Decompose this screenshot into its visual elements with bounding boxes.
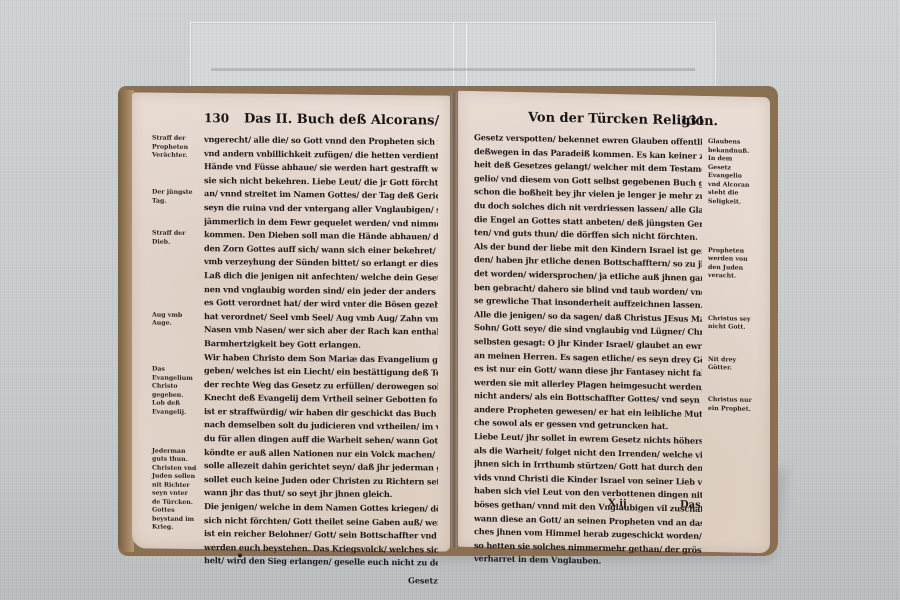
ink-spot [238,553,242,557]
stand-center-fold [453,23,467,95]
margin-note: Straff der Propheten Verächter. [152,135,198,161]
signature-mark: X ij [608,498,627,509]
right-catchword: Das [680,499,701,510]
book-gutter [451,92,457,548]
margin-note: Christus sey nicht Gott. [708,315,754,333]
margin-note: Das Evangelium Christo gegeben. Lob deß … [152,366,198,417]
margin-note: Glaubens bekandnuß. In dem Gesetz Evange… [708,138,754,207]
acrylic-book-stand [190,22,716,96]
left-running-head: Das II. Buch deß Alcorans/ [244,112,439,129]
left-page-number: 130 [204,111,229,125]
margin-note: Jederman guts thun. Christen vnd Juden s… [152,447,198,532]
stand-shadow-line [211,68,695,71]
margin-note: Christus nur ein Prophet. [708,396,754,414]
right-page-number: 131 [680,113,705,128]
left-catchword: Gesetz [408,575,438,585]
margin-note: Aug vmb Auge. [152,311,198,328]
margin-note: Straff der Dieb. [152,230,198,247]
margin-note: Der jüngste Tag. [152,189,198,206]
left-page-body: vngerecht/ alle die/ so Gott vnnd den Pr… [204,133,438,570]
right-page-body: Gesetz verspotten/ bekennet ewren Glaube… [474,131,702,571]
left-page: 130 Das II. Buch deß Alcorans/ vngerecht… [132,92,450,551]
open-book: 130 Das II. Buch deß Alcorans/ vngerecht… [118,86,778,556]
right-page: Von der Türcken Religion. 131 Gesetz ver… [458,91,770,554]
margin-note: Propheten werden von den Juden veracht. [708,247,754,282]
margin-note: Nit drey Götter. [708,356,754,374]
